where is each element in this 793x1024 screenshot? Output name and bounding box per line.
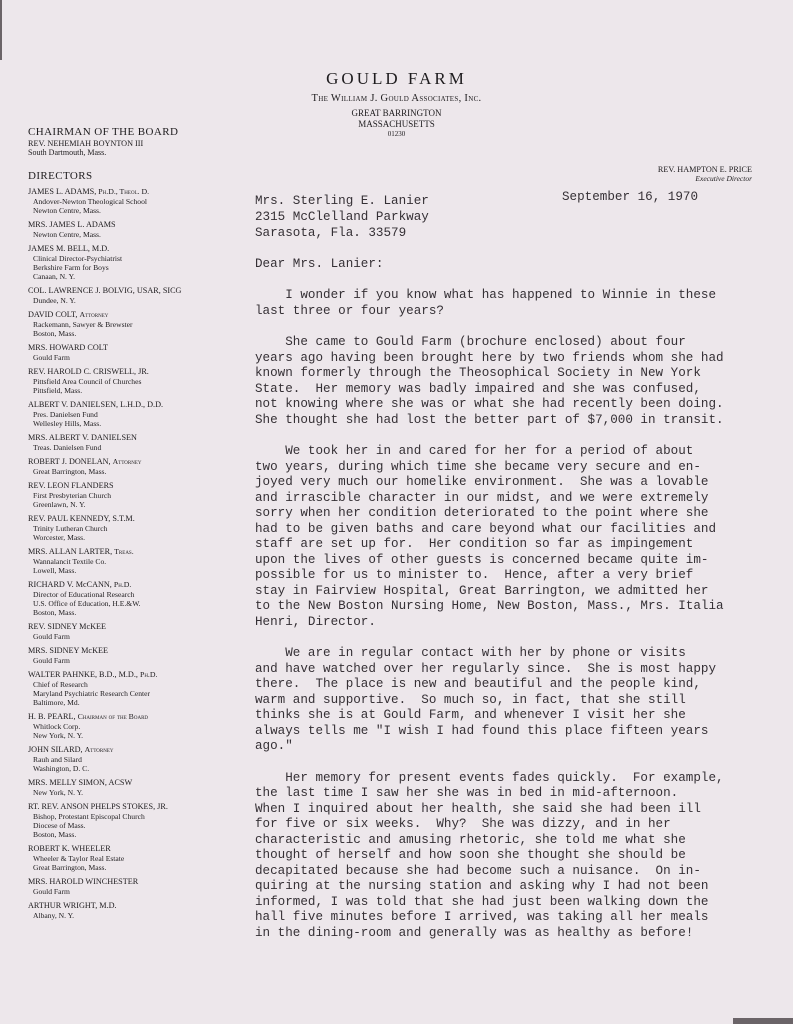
director-entry: REV. PAUL KENNEDY, S.T.M.Trinity Luthera… <box>28 514 228 542</box>
director-title: Ph.D. <box>140 670 157 679</box>
director-affiliation: Wannalancit Textile Co. <box>28 557 228 566</box>
text-line: the last time I saw her she was in bed i… <box>255 786 775 802</box>
director-affiliation: Rauh and Silard <box>28 755 228 764</box>
director-entry: MRS. SIDNEY McKEEGould Farm <box>28 646 228 665</box>
director-affiliation: Director of Educational Research <box>28 590 228 599</box>
letter-paragraph: We are in regular contact with her by ph… <box>255 646 775 755</box>
director-affiliation: Whitlock Corp. <box>28 722 228 731</box>
director-entry: JAMES M. BELL, M.D.Clinical Director-Psy… <box>28 244 228 281</box>
text-line: quiring at the nursing station and askin… <box>255 879 775 895</box>
letter-paragraph: She came to Gould Farm (brochure enclose… <box>255 335 775 428</box>
director-name: MRS. HOWARD COLT <box>28 343 228 353</box>
director-affiliation: Great Barrington, Mass. <box>28 863 228 872</box>
director-affiliation: Great Barrington, Mass. <box>28 467 228 476</box>
text-line: and irrascible character in our midst, a… <box>255 491 775 507</box>
director-name: REV. SIDNEY McKEE <box>28 622 228 632</box>
director-affiliation: Greenlawn, N. Y. <box>28 500 228 509</box>
text-line: She came to Gould Farm (brochure enclose… <box>255 335 775 351</box>
director-entry: ALBERT V. DANIELSEN, L.H.D., D.D.Pres. D… <box>28 400 228 428</box>
scan-edge <box>733 1018 793 1024</box>
director-affiliation: Lowell, Mass. <box>28 566 228 575</box>
board-sidebar: CHAIRMAN OF THE BOARD REV. NEHEMIAH BOYN… <box>28 126 228 925</box>
text-line: informed, I was told that she had just b… <box>255 895 775 911</box>
executive-director-block: REV. HAMPTON E. PRICE Executive Director <box>590 165 752 183</box>
chairman-heading: CHAIRMAN OF THE BOARD <box>28 126 228 138</box>
director-name: ROBERT K. WHEELER <box>28 844 228 854</box>
director-affiliation: Canaan, N. Y. <box>28 272 228 281</box>
executive-title: Executive Director <box>590 174 752 183</box>
director-entry: MRS. ALLAN LARTER, Treas.Wannalancit Tex… <box>28 547 228 575</box>
director-affiliation: Pres. Danielsen Fund <box>28 410 228 419</box>
letterhead-title: GOULD FARM <box>0 69 793 89</box>
address-line: Sarasota, Fla. 33579 <box>255 225 429 241</box>
director-name: JAMES L. ADAMS, Ph.D., Theol. D. <box>28 187 228 197</box>
address-line: Mrs. Sterling E. Lanier <box>255 193 429 209</box>
director-entry: ROBERT K. WHEELERWheeler & Taylor Real E… <box>28 844 228 872</box>
director-affiliation: Maryland Psychiatric Research Center <box>28 689 228 698</box>
director-title: Ph.D., Theol. D. <box>98 187 149 196</box>
chairman-location: South Dartmouth, Mass. <box>28 148 228 157</box>
text-line: She thought she had lost the better part… <box>255 413 775 429</box>
director-affiliation: First Presbyterian Church <box>28 491 228 500</box>
director-name: ARTHUR WRIGHT, M.D. <box>28 901 228 911</box>
text-line: We are in regular contact with her by ph… <box>255 646 775 662</box>
text-line: sorry when her condition deteriorated to… <box>255 506 775 522</box>
director-affiliation: Newton Centre, Mass. <box>28 230 228 239</box>
text-line: I wonder if you know what has happened t… <box>255 288 775 304</box>
director-affiliation: Gould Farm <box>28 632 228 641</box>
text-line: always tells me "I wish I had found this… <box>255 724 775 740</box>
director-entry: REV. HAROLD C. CRISWELL, JR.Pittsfield A… <box>28 367 228 395</box>
text-line: not knowing where she was or what she ha… <box>255 397 775 413</box>
director-affiliation: Baltimore, Md. <box>28 698 228 707</box>
director-affiliation: Wheeler & Taylor Real Estate <box>28 854 228 863</box>
director-entry: MRS. JAMES L. ADAMSNewton Centre, Mass. <box>28 220 228 239</box>
director-affiliation: Bishop, Protestant Episcopal Church <box>28 812 228 821</box>
director-affiliation: U.S. Office of Education, H.E.&W. <box>28 599 228 608</box>
director-entry: DAVID COLT, AttorneyRackemann, Sawyer & … <box>28 310 228 338</box>
letter-page: GOULD FARM The William J. Gould Associat… <box>0 0 793 1024</box>
text-line: We took her in and cared for her for a p… <box>255 444 775 460</box>
text-line: possible for us to minister to. Hence, a… <box>255 568 775 584</box>
chairman-name: REV. NEHEMIAH BOYNTON III <box>28 139 228 148</box>
director-name: DAVID COLT, Attorney <box>28 310 228 320</box>
director-entry: H. B. PEARL, Chairman of the BoardWhitlo… <box>28 712 228 740</box>
director-entry: MRS. ALBERT V. DANIELSENTreas. Danielsen… <box>28 433 228 452</box>
text-line: in the dining-room and generally was as … <box>255 926 775 942</box>
director-name: WALTER PAHNKE, B.D., M.D., Ph.D. <box>28 670 228 680</box>
text-line: had to be given baths and care beyond wh… <box>255 522 775 538</box>
director-name: MRS. MELLY SIMON, ACSW <box>28 778 228 788</box>
director-name: MRS. ALBERT V. DANIELSEN <box>28 433 228 443</box>
text-line: for five or six weeks. Why? She was dizz… <box>255 817 775 833</box>
text-line: decapitated because she had become such … <box>255 864 775 880</box>
text-line: When I inquired about her health, she sa… <box>255 802 775 818</box>
director-name: COL. LAWRENCE J. BOLVIG, USAR, SICG <box>28 286 228 296</box>
director-name: REV. LEON FLANDERS <box>28 481 228 491</box>
director-entry: ROBERT J. DONELAN, AttorneyGreat Barring… <box>28 457 228 476</box>
letterhead-city: GREAT BARRINGTON <box>0 108 793 118</box>
text-line: hall five minutes before I arrived, was … <box>255 910 775 926</box>
director-affiliation: Berkshire Farm for Boys <box>28 263 228 272</box>
director-entry: RICHARD V. McCANN, Ph.D.Director of Educ… <box>28 580 228 617</box>
letter-paragraph: Her memory for present events fades quic… <box>255 771 775 942</box>
director-entry: ARTHUR WRIGHT, M.D.Albany, N. Y. <box>28 901 228 920</box>
text-line: Henri, Director. <box>255 615 775 631</box>
letter-paragraph: I wonder if you know what has happened t… <box>255 288 775 319</box>
director-name: REV. HAROLD C. CRISWELL, JR. <box>28 367 228 377</box>
director-title: Attorney <box>113 457 142 466</box>
text-line: upon the lives of other guests is concer… <box>255 553 775 569</box>
director-affiliation: Andover-Newton Theological School <box>28 197 228 206</box>
director-affiliation: Dundee, N. Y. <box>28 296 228 305</box>
director-entry: MRS. HAROLD WINCHESTERGould Farm <box>28 877 228 896</box>
director-affiliation: Chief of Research <box>28 680 228 689</box>
director-affiliation: Wellesley Hills, Mass. <box>28 419 228 428</box>
text-line: there. The place is new and beautiful an… <box>255 677 775 693</box>
director-affiliation: Newton Centre, Mass. <box>28 206 228 215</box>
director-name: H. B. PEARL, Chairman of the Board <box>28 712 228 722</box>
text-line: stay in Fairview Hospital, Great Barring… <box>255 584 775 600</box>
director-entry: MRS. MELLY SIMON, ACSWNew York, N. Y. <box>28 778 228 797</box>
director-name: ROBERT J. DONELAN, Attorney <box>28 457 228 467</box>
letterhead-subtitle: The William J. Gould Associates, Inc. <box>0 93 793 104</box>
director-entry: COL. LAWRENCE J. BOLVIG, USAR, SICGDunde… <box>28 286 228 305</box>
director-affiliation: Pittsfield, Mass. <box>28 386 228 395</box>
executive-name: REV. HAMPTON E. PRICE <box>590 165 752 174</box>
salutation: Dear Mrs. Lanier: <box>255 257 383 271</box>
director-entry: MRS. HOWARD COLTGould Farm <box>28 343 228 362</box>
text-line: years ago having been brought here by tw… <box>255 351 775 367</box>
recipient-address: Mrs. Sterling E. Lanier2315 McClelland P… <box>255 193 429 241</box>
director-title: Ph.D. <box>114 580 131 589</box>
director-affiliation: Boston, Mass. <box>28 830 228 839</box>
directors-heading: DIRECTORS <box>28 170 228 182</box>
director-affiliation: New York, N. Y. <box>28 788 228 797</box>
text-line: thought of herself and how soon she thou… <box>255 848 775 864</box>
text-line: staff are set up for. Her condition so f… <box>255 537 775 553</box>
director-entry: WALTER PAHNKE, B.D., M.D., Ph.D.Chief of… <box>28 670 228 707</box>
director-name: MRS. ALLAN LARTER, Treas. <box>28 547 228 557</box>
text-line: thinks she is at Gould Farm, and wheneve… <box>255 708 775 724</box>
letter-paragraph: We took her in and cared for her for a p… <box>255 444 775 630</box>
director-affiliation: Rackemann, Sawyer & Brewster <box>28 320 228 329</box>
address-line: 2315 McClelland Parkway <box>255 209 429 225</box>
director-affiliation: Clinical Director-Psychiatrist <box>28 254 228 263</box>
director-name: ALBERT V. DANIELSEN, L.H.D., D.D. <box>28 400 228 410</box>
director-entry: REV. SIDNEY McKEEGould Farm <box>28 622 228 641</box>
director-name: RICHARD V. McCANN, Ph.D. <box>28 580 228 590</box>
director-affiliation: Diocese of Mass. <box>28 821 228 830</box>
text-line: to the New Boston Nursing Home, New Bost… <box>255 599 775 615</box>
director-entry: RT. REV. ANSON PHELPS STOKES, JR.Bishop,… <box>28 802 228 839</box>
directors-list: JAMES L. ADAMS, Ph.D., Theol. D.Andover-… <box>28 187 228 920</box>
text-line: State. Her memory was badly impaired and… <box>255 382 775 398</box>
director-entry: JOHN SILARD, AttorneyRauh and SilardWash… <box>28 745 228 773</box>
director-name: JAMES M. BELL, M.D. <box>28 244 228 254</box>
director-title: Treas. <box>114 547 134 556</box>
text-line: last three or four years? <box>255 304 775 320</box>
director-affiliation: Gould Farm <box>28 887 228 896</box>
director-title: Attorney <box>79 310 108 319</box>
director-affiliation: Gould Farm <box>28 353 228 362</box>
director-affiliation: Boston, Mass. <box>28 608 228 617</box>
director-entry: REV. LEON FLANDERSFirst Presbyterian Chu… <box>28 481 228 509</box>
director-name: REV. PAUL KENNEDY, S.T.M. <box>28 514 228 524</box>
scan-edge <box>0 0 2 60</box>
letter-date: September 16, 1970 <box>562 190 698 204</box>
text-line: known formerly through the Theosophical … <box>255 366 775 382</box>
director-affiliation: Pittsfield Area Council of Churches <box>28 377 228 386</box>
director-affiliation: Albany, N. Y. <box>28 911 228 920</box>
director-name: RT. REV. ANSON PHELPS STOKES, JR. <box>28 802 228 812</box>
director-affiliation: New York, N. Y. <box>28 731 228 740</box>
director-affiliation: Boston, Mass. <box>28 329 228 338</box>
text-line: and have watched over her regularly sinc… <box>255 662 775 678</box>
director-entry: JAMES L. ADAMS, Ph.D., Theol. D.Andover-… <box>28 187 228 215</box>
text-line: two years, during which time she became … <box>255 460 775 476</box>
director-affiliation: Gould Farm <box>28 656 228 665</box>
director-title: Chairman of the Board <box>78 712 148 721</box>
director-name: MRS. HAROLD WINCHESTER <box>28 877 228 887</box>
director-name: MRS. SIDNEY McKEE <box>28 646 228 656</box>
text-line: joyed very much our homelike environment… <box>255 475 775 491</box>
director-name: JOHN SILARD, Attorney <box>28 745 228 755</box>
director-affiliation: Worcester, Mass. <box>28 533 228 542</box>
text-line: characteristic and amusing rhetoric, she… <box>255 833 775 849</box>
letter-body: I wonder if you know what has happened t… <box>255 288 775 957</box>
text-line: warm and supportive. So much so, in fact… <box>255 693 775 709</box>
director-name: MRS. JAMES L. ADAMS <box>28 220 228 230</box>
text-line: Her memory for present events fades quic… <box>255 771 775 787</box>
director-affiliation: Washington, D. C. <box>28 764 228 773</box>
text-line: ago." <box>255 739 775 755</box>
director-affiliation: Trinity Lutheran Church <box>28 524 228 533</box>
director-title: Attorney <box>85 745 114 754</box>
director-affiliation: Treas. Danielsen Fund <box>28 443 228 452</box>
